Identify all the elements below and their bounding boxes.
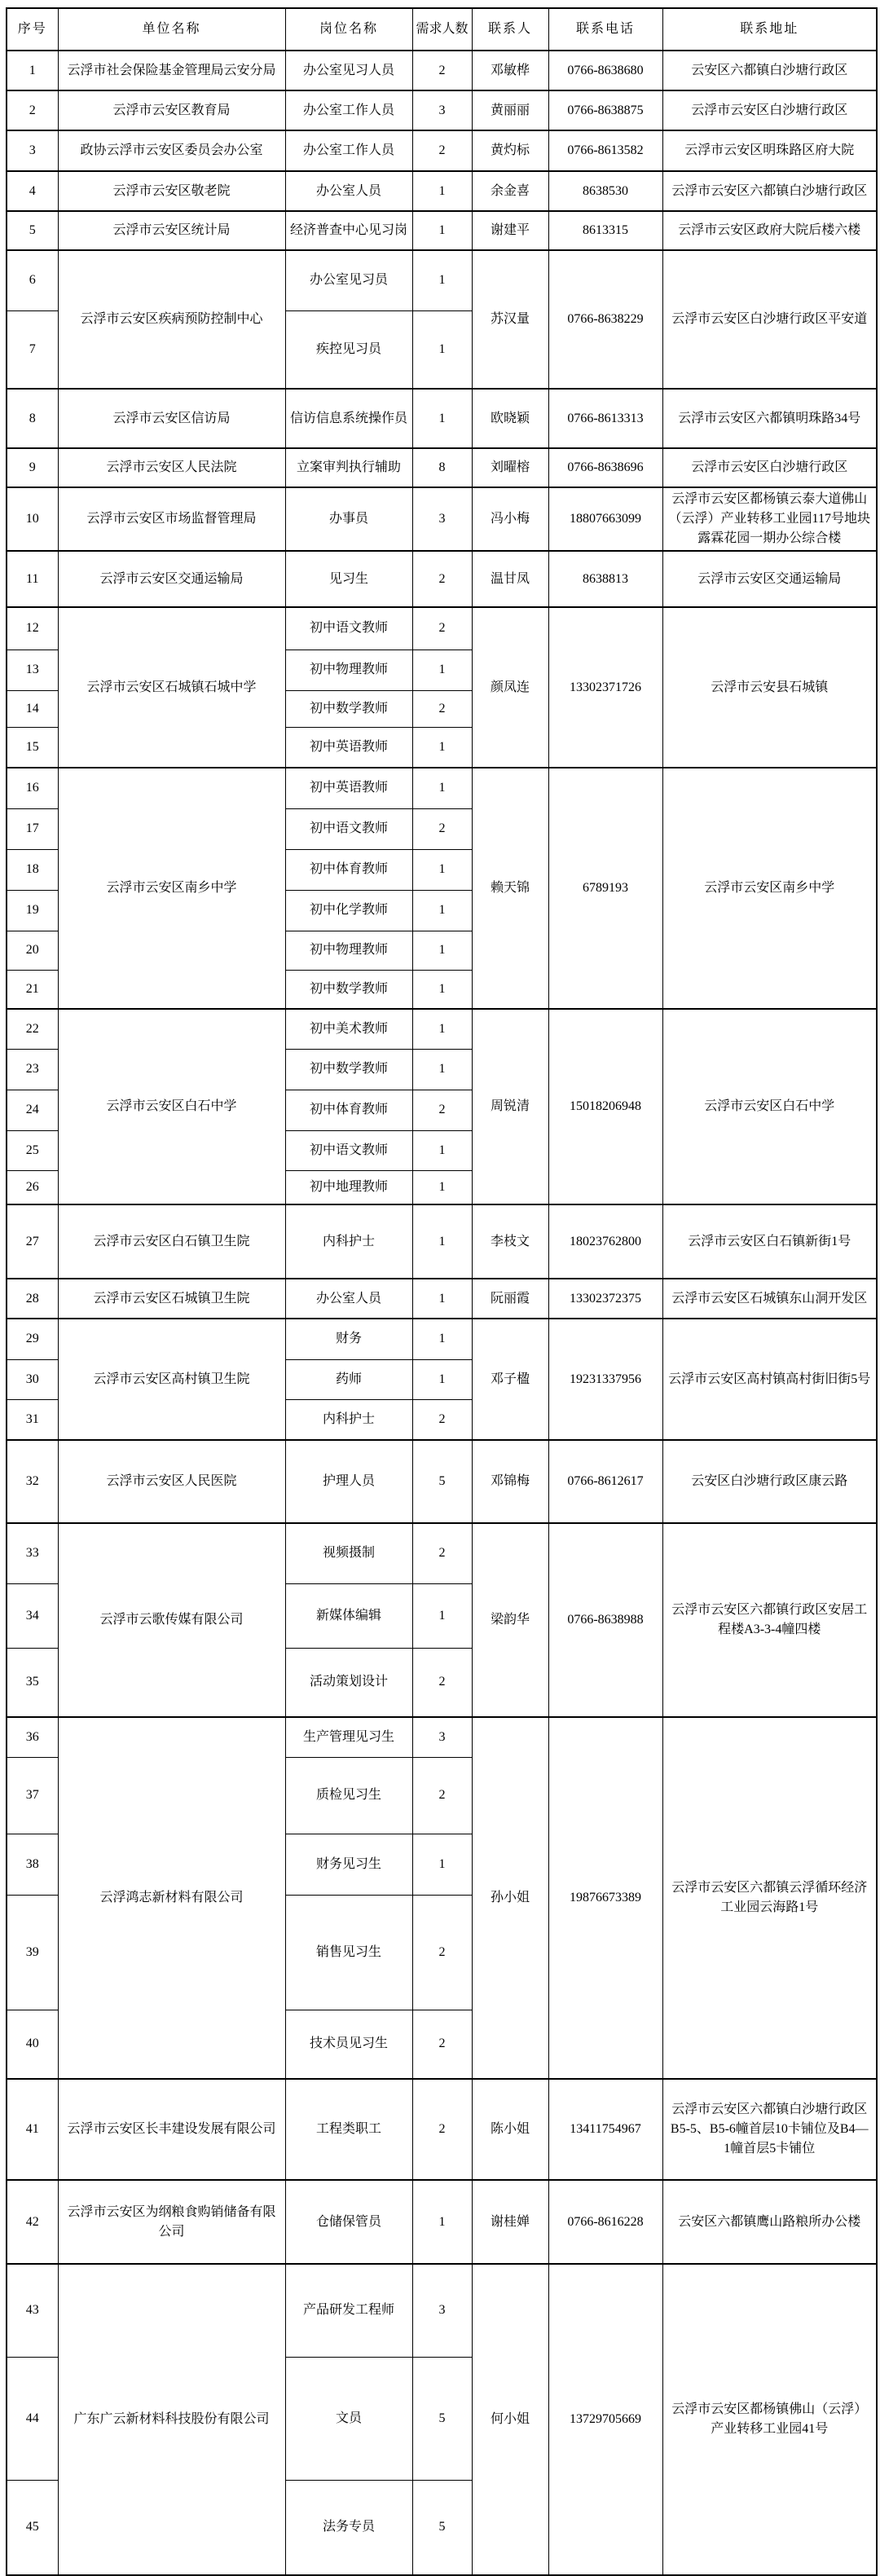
position-name-cell: 法务专员 xyxy=(285,2480,412,2575)
position-name-cell: 财务见习生 xyxy=(285,1834,412,1895)
contact-phone-cell: 6789193 xyxy=(548,768,662,1009)
table-row: 3政协云浮市云安区委员会办公室办公室工作人员2黄灼标0766-8613582云浮… xyxy=(7,130,877,171)
contact-person-cell: 孙小姐 xyxy=(472,1717,548,2079)
headcount-cell: 1 xyxy=(412,211,472,250)
headcount-cell: 1 xyxy=(412,1170,472,1204)
row-number-cell: 27 xyxy=(7,1204,58,1279)
headcount-cell: 1 xyxy=(412,650,472,690)
row-number-cell: 35 xyxy=(7,1648,58,1717)
contact-phone-cell: 0766-8613582 xyxy=(548,130,662,171)
row-number-cell: 41 xyxy=(7,2079,58,2180)
headcount-cell: 1 xyxy=(412,970,472,1009)
contact-address-cell: 云浮市云安区六都镇行政区安居工程楼A3-3-4幢四楼 xyxy=(662,1523,877,1717)
table-row: 4云浮市云安区敬老院办公室人员1余金喜8638530云浮市云安区六都镇白沙塘行政… xyxy=(7,171,877,211)
position-name-cell: 技术员见习生 xyxy=(285,2010,412,2079)
contact-address-cell: 云浮市云安区白沙塘行政区 xyxy=(662,90,877,130)
row-number-cell: 32 xyxy=(7,1440,58,1523)
row-number-cell: 14 xyxy=(7,690,58,727)
row-number-cell: 15 xyxy=(7,727,58,768)
position-name-cell: 文员 xyxy=(285,2357,412,2480)
row-number-cell: 34 xyxy=(7,1583,58,1648)
position-name-cell: 办公室人员 xyxy=(285,1279,412,1319)
row-number-cell: 25 xyxy=(7,1130,58,1170)
contact-phone-cell: 13729705669 xyxy=(548,2264,662,2575)
contact-person-cell: 邓子楹 xyxy=(472,1319,548,1440)
table-row: 6云浮市云安区疾病预防控制中心办公室见习员1苏汉量0766-8638229云浮市… xyxy=(7,250,877,310)
unit-name-cell: 云浮市云安区信访局 xyxy=(58,389,285,448)
contact-address-cell: 云浮市云安区六都镇白沙塘行政区 xyxy=(662,171,877,211)
position-name-cell: 初中数学教师 xyxy=(285,970,412,1009)
header-cell-position: 岗位名称 xyxy=(285,8,412,51)
headcount-cell: 1 xyxy=(412,1279,472,1319)
position-name-cell: 办事员 xyxy=(285,487,412,551)
contact-person-cell: 黄灼标 xyxy=(472,130,548,171)
headcount-cell: 2 xyxy=(412,1648,472,1717)
contact-phone-cell: 0766-8612617 xyxy=(548,1440,662,1523)
row-number-cell: 4 xyxy=(7,171,58,211)
headcount-cell: 2 xyxy=(412,1399,472,1440)
headcount-cell: 2 xyxy=(412,607,472,650)
row-number-cell: 3 xyxy=(7,130,58,171)
table-row: 16云浮市云安区南乡中学初中英语教师1赖天锦6789193云浮市云安区南乡中学 xyxy=(7,768,877,808)
row-number-cell: 22 xyxy=(7,1009,58,1049)
row-number-cell: 10 xyxy=(7,487,58,551)
header-cell-address: 联系地址 xyxy=(662,8,877,51)
contact-phone-cell: 0766-8638696 xyxy=(548,448,662,487)
headcount-cell: 1 xyxy=(412,1204,472,1279)
position-name-cell: 办公室工作人员 xyxy=(285,90,412,130)
position-name-cell: 内科护士 xyxy=(285,1204,412,1279)
position-name-cell: 初中语文教师 xyxy=(285,1130,412,1170)
contact-address-cell: 云浮市云安区白石镇新街1号 xyxy=(662,1204,877,1279)
contact-phone-cell: 13302372375 xyxy=(548,1279,662,1319)
contact-phone-cell: 18023762800 xyxy=(548,1204,662,1279)
headcount-cell: 5 xyxy=(412,2480,472,2575)
contact-phone-cell: 8638813 xyxy=(548,551,662,607)
contact-person-cell: 冯小梅 xyxy=(472,487,548,551)
table-row: 5云浮市云安区统计局经济普查中心见习岗1谢建平8613315云浮市云安区政府大院… xyxy=(7,211,877,250)
contact-phone-cell: 13302371726 xyxy=(548,607,662,768)
row-number-cell: 7 xyxy=(7,310,58,389)
contact-person-cell: 谢建平 xyxy=(472,211,548,250)
row-number-cell: 38 xyxy=(7,1834,58,1895)
position-name-cell: 初中英语教师 xyxy=(285,768,412,808)
contact-address-cell: 云安区六都镇鹰山路粮所办公楼 xyxy=(662,2180,877,2264)
contact-address-cell: 云安区白沙塘行政区康云路 xyxy=(662,1440,877,1523)
headcount-cell: 1 xyxy=(412,171,472,211)
contact-person-cell: 周锐清 xyxy=(472,1009,548,1204)
position-name-cell: 初中化学教师 xyxy=(285,890,412,931)
unit-name-cell: 政协云浮市云安区委员会办公室 xyxy=(58,130,285,171)
contact-person-cell: 苏汉量 xyxy=(472,250,548,389)
contact-person-cell: 欧晓颖 xyxy=(472,389,548,448)
contact-address-cell: 云浮市云安区白沙塘行政区 xyxy=(662,448,877,487)
contact-phone-cell: 0766-8638229 xyxy=(548,250,662,389)
table-row: 2云浮市云安区教育局办公室工作人员3黄丽丽0766-8638875云浮市云安区白… xyxy=(7,90,877,130)
headcount-cell: 1 xyxy=(412,849,472,890)
contact-person-cell: 余金喜 xyxy=(472,171,548,211)
headcount-cell: 2 xyxy=(412,1090,472,1130)
row-number-cell: 24 xyxy=(7,1090,58,1130)
position-name-cell: 初中数学教师 xyxy=(285,1049,412,1090)
row-number-cell: 16 xyxy=(7,768,58,808)
row-number-cell: 5 xyxy=(7,211,58,250)
position-name-cell: 销售见习生 xyxy=(285,1895,412,2010)
headcount-cell: 2 xyxy=(412,51,472,90)
position-name-cell: 见习生 xyxy=(285,551,412,607)
contact-address-cell: 云安区六都镇白沙塘行政区 xyxy=(662,51,877,90)
headcount-cell: 5 xyxy=(412,2357,472,2480)
row-number-cell: 8 xyxy=(7,389,58,448)
contact-person-cell: 阮丽霞 xyxy=(472,1279,548,1319)
table-row: 8云浮市云安区信访局信访信息系统操作员1欧晓颖0766-8613313云浮市云安… xyxy=(7,389,877,448)
contact-person-cell: 梁韵华 xyxy=(472,1523,548,1717)
unit-name-cell: 云浮市云安区教育局 xyxy=(58,90,285,130)
header-cell-count: 需求人数 xyxy=(412,8,472,51)
unit-name-cell: 广东广云新材料科技股份有限公司 xyxy=(58,2264,285,2575)
table-row: 22云浮市云安区白石中学初中美术教师1周锐清15018206948云浮市云安区白… xyxy=(7,1009,877,1049)
row-number-cell: 29 xyxy=(7,1319,58,1359)
row-number-cell: 6 xyxy=(7,250,58,310)
unit-name-cell: 云浮市云安区长丰建设发展有限公司 xyxy=(58,2079,285,2180)
unit-name-cell: 云浮市社会保险基金管理局云安分局 xyxy=(58,51,285,90)
unit-name-cell: 云浮市云安区为纲粮食购销储备有限公司 xyxy=(58,2180,285,2264)
unit-name-cell: 云浮市云安区交通运输局 xyxy=(58,551,285,607)
contact-phone-cell: 8613315 xyxy=(548,211,662,250)
contact-address-cell: 云浮市云安区南乡中学 xyxy=(662,768,877,1009)
headcount-cell: 2 xyxy=(412,1523,472,1583)
position-name-cell: 活动策划设计 xyxy=(285,1648,412,1717)
table-row: 41云浮市云安区长丰建设发展有限公司工程类职工2陈小姐13411754967云浮… xyxy=(7,2079,877,2180)
headcount-cell: 1 xyxy=(412,2180,472,2264)
contact-address-cell: 云浮市云安区政府大院后楼六楼 xyxy=(662,211,877,250)
headcount-cell: 3 xyxy=(412,487,472,551)
unit-name-cell: 云浮市云安区疾病预防控制中心 xyxy=(58,250,285,389)
contact-address-cell: 云浮市云安区白石中学 xyxy=(662,1009,877,1204)
contact-address-cell: 云浮市云安区六都镇明珠路34号 xyxy=(662,389,877,448)
position-name-cell: 质检见习生 xyxy=(285,1757,412,1834)
unit-name-cell: 云浮市云安区石城镇卫生院 xyxy=(58,1279,285,1319)
table-row: 42云浮市云安区为纲粮食购销储备有限公司仓储保管员1谢桂婵0766-861622… xyxy=(7,2180,877,2264)
table-row: 43广东广云新材料科技股份有限公司产品研发工程师3何小姐13729705669云… xyxy=(7,2264,877,2357)
headcount-cell: 1 xyxy=(412,1009,472,1049)
headcount-cell: 1 xyxy=(412,389,472,448)
row-number-cell: 21 xyxy=(7,970,58,1009)
headcount-cell: 1 xyxy=(412,250,472,310)
headcount-cell: 3 xyxy=(412,2264,472,2357)
row-number-cell: 28 xyxy=(7,1279,58,1319)
row-number-cell: 9 xyxy=(7,448,58,487)
row-number-cell: 36 xyxy=(7,1717,58,1757)
row-number-cell: 40 xyxy=(7,2010,58,2079)
unit-name-cell: 云浮市云安区高村镇卫生院 xyxy=(58,1319,285,1440)
contact-address-cell: 云浮市云安区交通运输局 xyxy=(662,551,877,607)
position-name-cell: 产品研发工程师 xyxy=(285,2264,412,2357)
contact-phone-cell: 19231337956 xyxy=(548,1319,662,1440)
position-name-cell: 疾控见习员 xyxy=(285,310,412,389)
row-number-cell: 30 xyxy=(7,1359,58,1399)
position-name-cell: 初中地理教师 xyxy=(285,1170,412,1204)
contact-address-cell: 云浮市云安县石城镇 xyxy=(662,607,877,768)
headcount-cell: 1 xyxy=(412,890,472,931)
position-name-cell: 信访信息系统操作员 xyxy=(285,389,412,448)
contact-person-cell: 赖天锦 xyxy=(472,768,548,1009)
contact-person-cell: 邓锦梅 xyxy=(472,1440,548,1523)
headcount-cell: 5 xyxy=(412,1440,472,1523)
row-number-cell: 12 xyxy=(7,607,58,650)
position-name-cell: 财务 xyxy=(285,1319,412,1359)
position-name-cell: 工程类职工 xyxy=(285,2079,412,2180)
row-number-cell: 31 xyxy=(7,1399,58,1440)
headcount-cell: 1 xyxy=(412,1834,472,1895)
contact-address-cell: 云浮市云安区明珠路区府大院 xyxy=(662,130,877,171)
row-number-cell: 11 xyxy=(7,551,58,607)
contact-phone-cell: 0766-8638680 xyxy=(548,51,662,90)
unit-name-cell: 云浮市云安区敬老院 xyxy=(58,171,285,211)
contact-phone-cell: 13411754967 xyxy=(548,2079,662,2180)
position-name-cell: 初中数学教师 xyxy=(285,690,412,727)
table-row: 12云浮市云安区石城镇石城中学初中语文教师2颜凤连13302371726云浮市云… xyxy=(7,607,877,650)
headcount-cell: 8 xyxy=(412,448,472,487)
headcount-cell: 2 xyxy=(412,2010,472,2079)
unit-name-cell: 云浮市云安区南乡中学 xyxy=(58,768,285,1009)
table-row: 27云浮市云安区白石镇卫生院内科护士1李枝文18023762800云浮市云安区白… xyxy=(7,1204,877,1279)
contact-person-cell: 陈小姐 xyxy=(472,2079,548,2180)
position-name-cell: 初中语文教师 xyxy=(285,607,412,650)
headcount-cell: 1 xyxy=(412,1359,472,1399)
table-row: 9云浮市云安区人民法院立案审判执行辅助8刘曜榕0766-8638696云浮市云安… xyxy=(7,448,877,487)
contact-address-cell: 云浮市云安区白沙塘行政区平安道 xyxy=(662,250,877,389)
table-row: 33云浮市云歌传媒有限公司视频摄制2梁韵华0766-8638988云浮市云安区六… xyxy=(7,1523,877,1583)
headcount-cell: 1 xyxy=(412,727,472,768)
table-header-row: 序号单位名称岗位名称需求人数联系人联系电话联系地址 xyxy=(7,8,877,51)
position-name-cell: 生产管理见习生 xyxy=(285,1717,412,1757)
row-number-cell: 13 xyxy=(7,650,58,690)
headcount-cell: 2 xyxy=(412,690,472,727)
row-number-cell: 45 xyxy=(7,2480,58,2575)
contact-person-cell: 谢桂婵 xyxy=(472,2180,548,2264)
position-name-cell: 立案审判执行辅助 xyxy=(285,448,412,487)
position-name-cell: 办公室工作人员 xyxy=(285,130,412,171)
position-name-cell: 药师 xyxy=(285,1359,412,1399)
contact-address-cell: 云浮市云安区都杨镇云泰大道佛山（云浮）产业转移工业园117号地块露霖花园一期办公… xyxy=(662,487,877,551)
position-name-cell: 初中英语教师 xyxy=(285,727,412,768)
contact-phone-cell: 8638530 xyxy=(548,171,662,211)
row-number-cell: 43 xyxy=(7,2264,58,2357)
header-cell-contact: 联系人 xyxy=(472,8,548,51)
row-number-cell: 39 xyxy=(7,1895,58,2010)
position-name-cell: 初中体育教师 xyxy=(285,1090,412,1130)
headcount-cell: 2 xyxy=(412,2079,472,2180)
table-row: 1云浮市社会保险基金管理局云安分局办公室见习人员2邓敏桦0766-8638680… xyxy=(7,51,877,90)
headcount-cell: 2 xyxy=(412,1757,472,1834)
header-cell-no: 序号 xyxy=(7,8,58,51)
recruitment-table: 序号单位名称岗位名称需求人数联系人联系电话联系地址 1云浮市社会保险基金管理局云… xyxy=(6,7,878,2576)
position-name-cell: 新媒体编辑 xyxy=(285,1583,412,1648)
contact-person-cell: 邓敏桦 xyxy=(472,51,548,90)
contact-phone-cell: 18807663099 xyxy=(548,487,662,551)
row-number-cell: 1 xyxy=(7,51,58,90)
unit-name-cell: 云浮市云歌传媒有限公司 xyxy=(58,1523,285,1717)
position-name-cell: 办公室见习员 xyxy=(285,250,412,310)
contact-phone-cell: 0766-8616228 xyxy=(548,2180,662,2264)
contact-address-cell: 云浮市云安区六都镇白沙塘行政区B5-5、B5-6幢首层10卡铺位及B4—1幢首层… xyxy=(662,2079,877,2180)
headcount-cell: 3 xyxy=(412,1717,472,1757)
unit-name-cell: 云浮市云安区市场监督管理局 xyxy=(58,487,285,551)
header-cell-phone: 联系电话 xyxy=(548,8,662,51)
row-number-cell: 2 xyxy=(7,90,58,130)
position-name-cell: 初中语文教师 xyxy=(285,808,412,849)
row-number-cell: 26 xyxy=(7,1170,58,1204)
table-row: 29云浮市云安区高村镇卫生院财务1邓子楹19231337956云浮市云安区高村镇… xyxy=(7,1319,877,1359)
row-number-cell: 18 xyxy=(7,849,58,890)
table-row: 11云浮市云安区交通运输局见习生2温甘凤8638813云浮市云安区交通运输局 xyxy=(7,551,877,607)
headcount-cell: 1 xyxy=(412,931,472,970)
unit-name-cell: 云浮鸿志新材料有限公司 xyxy=(58,1717,285,2079)
row-number-cell: 23 xyxy=(7,1049,58,1090)
position-name-cell: 初中体育教师 xyxy=(285,849,412,890)
contact-address-cell: 云浮市云安区高村镇高村街旧街5号 xyxy=(662,1319,877,1440)
contact-address-cell: 云浮市云安区石城镇东山洞开发区 xyxy=(662,1279,877,1319)
contact-person-cell: 颜凤连 xyxy=(472,607,548,768)
unit-name-cell: 云浮市云安区石城镇石城中学 xyxy=(58,607,285,768)
headcount-cell: 2 xyxy=(412,808,472,849)
unit-name-cell: 云浮市云安区统计局 xyxy=(58,211,285,250)
unit-name-cell: 云浮市云安区人民法院 xyxy=(58,448,285,487)
table-row: 28云浮市云安区石城镇卫生院办公室人员1阮丽霞13302372375云浮市云安区… xyxy=(7,1279,877,1319)
headcount-cell: 1 xyxy=(412,310,472,389)
table-row: 32云浮市云安区人民医院护理人员5邓锦梅0766-8612617云安区白沙塘行政… xyxy=(7,1440,877,1523)
contact-phone-cell: 0766-8638875 xyxy=(548,90,662,130)
row-number-cell: 20 xyxy=(7,931,58,970)
table-row: 10云浮市云安区市场监督管理局办事员3冯小梅18807663099云浮市云安区都… xyxy=(7,487,877,551)
position-name-cell: 初中物理教师 xyxy=(285,650,412,690)
row-number-cell: 33 xyxy=(7,1523,58,1583)
position-name-cell: 初中物理教师 xyxy=(285,931,412,970)
headcount-cell: 2 xyxy=(412,130,472,171)
contact-phone-cell: 19876673389 xyxy=(548,1717,662,2079)
headcount-cell: 3 xyxy=(412,90,472,130)
unit-name-cell: 云浮市云安区人民医院 xyxy=(58,1440,285,1523)
position-name-cell: 办公室见习人员 xyxy=(285,51,412,90)
headcount-cell: 1 xyxy=(412,1583,472,1648)
header-cell-unit: 单位名称 xyxy=(58,8,285,51)
row-number-cell: 44 xyxy=(7,2357,58,2480)
position-name-cell: 视频摄制 xyxy=(285,1523,412,1583)
table-row: 36云浮鸿志新材料有限公司生产管理见习生3孙小姐19876673389云浮市云安… xyxy=(7,1717,877,1757)
contact-phone-cell: 0766-8613313 xyxy=(548,389,662,448)
contact-phone-cell: 15018206948 xyxy=(548,1009,662,1204)
position-name-cell: 办公室人员 xyxy=(285,171,412,211)
headcount-cell: 1 xyxy=(412,1049,472,1090)
headcount-cell: 2 xyxy=(412,1895,472,2010)
headcount-cell: 1 xyxy=(412,768,472,808)
position-name-cell: 初中美术教师 xyxy=(285,1009,412,1049)
row-number-cell: 19 xyxy=(7,890,58,931)
position-name-cell: 护理人员 xyxy=(285,1440,412,1523)
headcount-cell: 1 xyxy=(412,1130,472,1170)
contact-person-cell: 何小姐 xyxy=(472,2264,548,2575)
contact-address-cell: 云浮市云安区六都镇云浮循环经济工业园云海路1号 xyxy=(662,1717,877,2079)
row-number-cell: 42 xyxy=(7,2180,58,2264)
contact-person-cell: 温甘凤 xyxy=(472,551,548,607)
position-name-cell: 经济普查中心见习岗 xyxy=(285,211,412,250)
contact-phone-cell: 0766-8638988 xyxy=(548,1523,662,1717)
unit-name-cell: 云浮市云安区白石中学 xyxy=(58,1009,285,1204)
contact-person-cell: 黄丽丽 xyxy=(472,90,548,130)
headcount-cell: 2 xyxy=(412,551,472,607)
position-name-cell: 仓储保管员 xyxy=(285,2180,412,2264)
recruitment-document-page: 序号单位名称岗位名称需求人数联系人联系电话联系地址 1云浮市社会保险基金管理局云… xyxy=(0,0,880,2576)
contact-person-cell: 刘曜榕 xyxy=(472,448,548,487)
headcount-cell: 1 xyxy=(412,1319,472,1359)
row-number-cell: 17 xyxy=(7,808,58,849)
unit-name-cell: 云浮市云安区白石镇卫生院 xyxy=(58,1204,285,1279)
position-name-cell: 内科护士 xyxy=(285,1399,412,1440)
contact-address-cell: 云浮市云安区都杨镇佛山（云浮）产业转移工业园41号 xyxy=(662,2264,877,2575)
contact-person-cell: 李枝文 xyxy=(472,1204,548,1279)
row-number-cell: 37 xyxy=(7,1757,58,1834)
